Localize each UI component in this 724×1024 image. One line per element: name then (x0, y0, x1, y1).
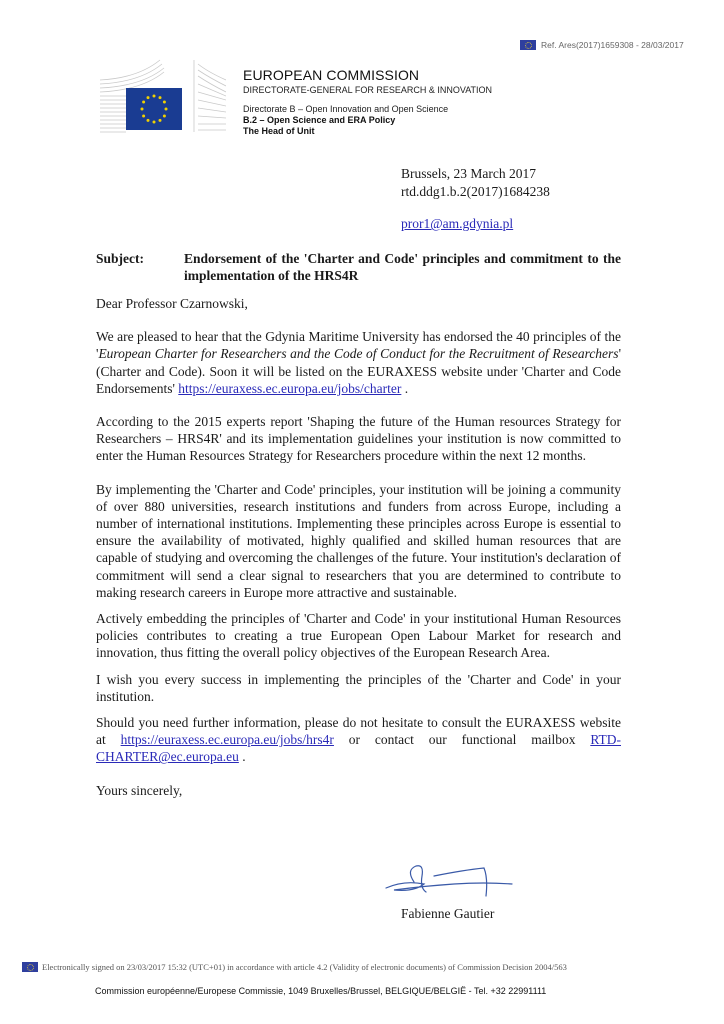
eu-flag-icon (22, 962, 38, 972)
hrs4r-link[interactable]: https://euraxess.ec.europa.eu/jobs/hrs4r (121, 732, 334, 747)
european-commission-logo (98, 58, 226, 140)
paragraph-5: I wish you every success in implementing… (96, 671, 621, 705)
paragraph-3: By implementing the 'Charter and Code' p… (96, 481, 621, 601)
recipient-email-link[interactable]: pror1@am.gdynia.pl (401, 216, 513, 231)
handwritten-signature (384, 862, 514, 900)
salutation: Dear Professor Czarnowski, (96, 295, 621, 312)
signatory-name: Fabienne Gautier (401, 906, 494, 922)
subject-text: Endorsement of the 'Charter and Code' pr… (184, 250, 621, 284)
reference-stamp: Ref. Ares(2017)1659308 - 28/03/2017 (520, 40, 684, 50)
subject: Subject: Endorsement of the 'Charter and… (96, 250, 621, 284)
paragraph-2: According to the 2015 experts report 'Sh… (96, 413, 621, 465)
closing: Yours sincerely, (96, 782, 621, 799)
unit: B.2 – Open Science and ERA Policy (243, 115, 492, 125)
paragraph-1: We are pleased to hear that the Gdynia M… (96, 328, 621, 397)
directorate: Directorate B – Open Innovation and Open… (243, 104, 492, 114)
role: The Head of Unit (243, 126, 492, 136)
footer-address: Commission européenne/Europese Commissie… (95, 986, 546, 996)
paragraph-4: Actively embedding the principles of 'Ch… (96, 610, 621, 662)
reference-number: rtd.ddg1.b.2(2017)1684238 (401, 183, 550, 201)
subject-label: Subject: (96, 250, 184, 284)
letter-body: Dear Professor Czarnowski, We are please… (96, 295, 621, 808)
paragraph-6: Should you need further information, ple… (96, 714, 621, 766)
organisation-name: EUROPEAN COMMISSION (243, 67, 492, 83)
place-date: Brussels, 23 March 2017 (401, 165, 550, 183)
letterhead: EUROPEAN COMMISSION DIRECTORATE-GENERAL … (243, 67, 492, 136)
date-block: Brussels, 23 March 2017 rtd.ddg1.b.2(201… (401, 165, 550, 233)
electronic-signature-notice: Electronically signed on 23/03/2017 15:3… (22, 962, 567, 972)
directorate-general: DIRECTORATE-GENERAL FOR RESEARCH & INNOV… (243, 85, 492, 95)
charter-link[interactable]: https://euraxess.ec.europa.eu/jobs/chart… (178, 381, 401, 396)
eu-flag-icon (520, 40, 536, 50)
reference-text: Ref. Ares(2017)1659308 - 28/03/2017 (541, 40, 684, 50)
